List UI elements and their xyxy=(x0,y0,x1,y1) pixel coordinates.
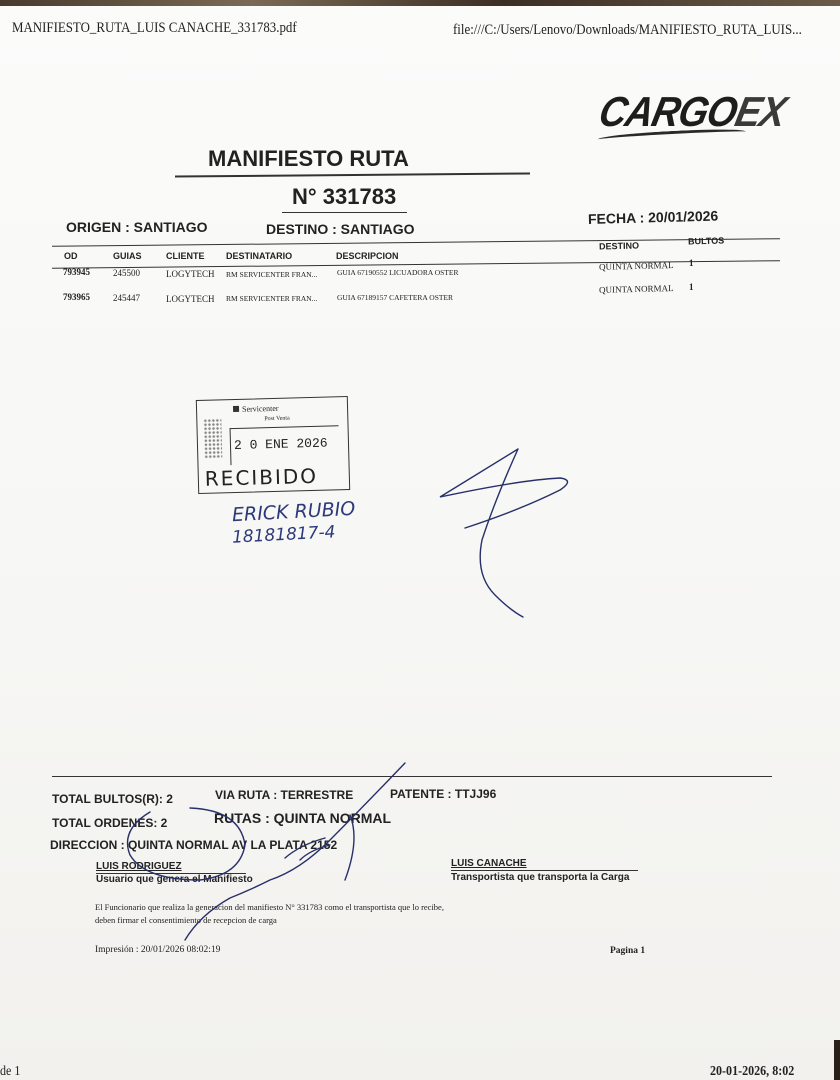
cargoex-logo: CARGOEX xyxy=(595,88,790,136)
print-footer-page: de 1 xyxy=(0,1064,20,1080)
cell-bultos: 1 xyxy=(689,282,694,292)
via-ruta: VIA RUTA : TERRESTRE xyxy=(215,788,353,802)
col-header-destino: DESTINO xyxy=(599,240,639,251)
legal-text-line-1: El Funcionario que realiza la generacion… xyxy=(95,902,444,912)
logo-text-ex: EX xyxy=(731,88,790,135)
cell-cliente: LOGYTECH xyxy=(166,294,215,304)
cell-descripcion: GUIA 67190552 LICUADORA OSTER xyxy=(337,268,458,277)
col-header-cliente: CLIENTE xyxy=(166,251,205,261)
total-bultos: TOTAL BULTOS(R): 2 xyxy=(52,792,173,806)
stamp-brand: ServicenterPost Venta xyxy=(242,404,290,423)
cell-guias: 245447 xyxy=(113,293,140,303)
print-header-file-title: MANIFIESTO_RUTA_LUIS CANACHE_331783.pdf xyxy=(12,20,297,37)
manifest-number: N° 331783 xyxy=(292,184,396,210)
patente: PATENTE : TTJJ96 xyxy=(390,787,496,801)
photo-background-edge-right xyxy=(834,1040,840,1080)
cell-od: 793965 xyxy=(63,292,90,302)
cell-descripcion: GUIA 67189157 CAFETERA OSTER xyxy=(337,293,453,302)
stamp-emblem xyxy=(203,418,222,458)
cell-cliente: LOGYTECH xyxy=(166,269,215,279)
summary-rule xyxy=(52,776,772,777)
number-underline xyxy=(282,212,407,213)
cell-destino: QUINTA NORMAL xyxy=(599,260,674,272)
total-ordenes: TOTAL ORDENES: 2 xyxy=(52,816,167,830)
document-title: MANIFIESTO RUTA xyxy=(208,146,409,172)
signer-left-name: LUIS RODRIGUEZ xyxy=(96,861,182,872)
signer-left-role: Usuario que genera el Manifiesto xyxy=(96,874,253,885)
direccion: DIRECCION : QUINTA NORMAL AV LA PLATA 21… xyxy=(50,838,337,852)
cell-destino: QUINTA NORMAL xyxy=(599,283,674,295)
print-timestamp: Impresión : 20/01/2026 08:02:19 xyxy=(95,945,220,955)
col-header-descripcion: DESCRIPCION xyxy=(336,251,399,261)
col-header-od: OD xyxy=(64,251,78,261)
origin: ORIGEN : SANTIAGO xyxy=(66,219,208,235)
stamp-logo-icon xyxy=(233,406,239,412)
received-stamp: ServicenterPost Venta 2 0 ENE 2026 RECIB… xyxy=(196,396,350,494)
signer-right-name: LUIS CANACHE xyxy=(451,858,527,869)
col-header-bultos: BULTOS xyxy=(688,236,724,247)
page-number: Pagina 1 xyxy=(610,946,645,956)
signature-line-right xyxy=(451,870,638,871)
cell-destinatario: RM SERVICENTER FRAN... xyxy=(226,294,317,303)
stamp-date: 2 0 ENE 2026 xyxy=(234,436,328,453)
destination: DESTINO : SANTIAGO xyxy=(266,221,415,237)
rutas: RUTAS : QUINTA NORMAL xyxy=(214,810,391,826)
col-header-destinatario: DESTINATARIO xyxy=(226,251,292,261)
print-footer-datetime: 20-01-2026, 8:02 xyxy=(710,1064,794,1080)
cell-destinatario: RM SERVICENTER FRAN... xyxy=(226,270,317,279)
stamp-label: RECIBIDO xyxy=(205,464,319,491)
logo-text-cargo: CARGO xyxy=(595,88,741,135)
cell-bultos: 1 xyxy=(689,258,694,268)
date: FECHA : 20/01/2026 xyxy=(588,208,719,227)
signer-right-role: Transportista que transporta la Carga xyxy=(451,872,629,883)
legal-text-line-2: deben firmar el consentimiento de recepc… xyxy=(95,915,277,925)
col-header-guias: GUIAS xyxy=(113,251,142,261)
print-header-file-url: file:///C:/Users/Lenovo/Downloads/MANIFI… xyxy=(453,22,802,39)
cell-guias: 245500 xyxy=(113,268,140,278)
cell-od: 793945 xyxy=(63,267,90,277)
